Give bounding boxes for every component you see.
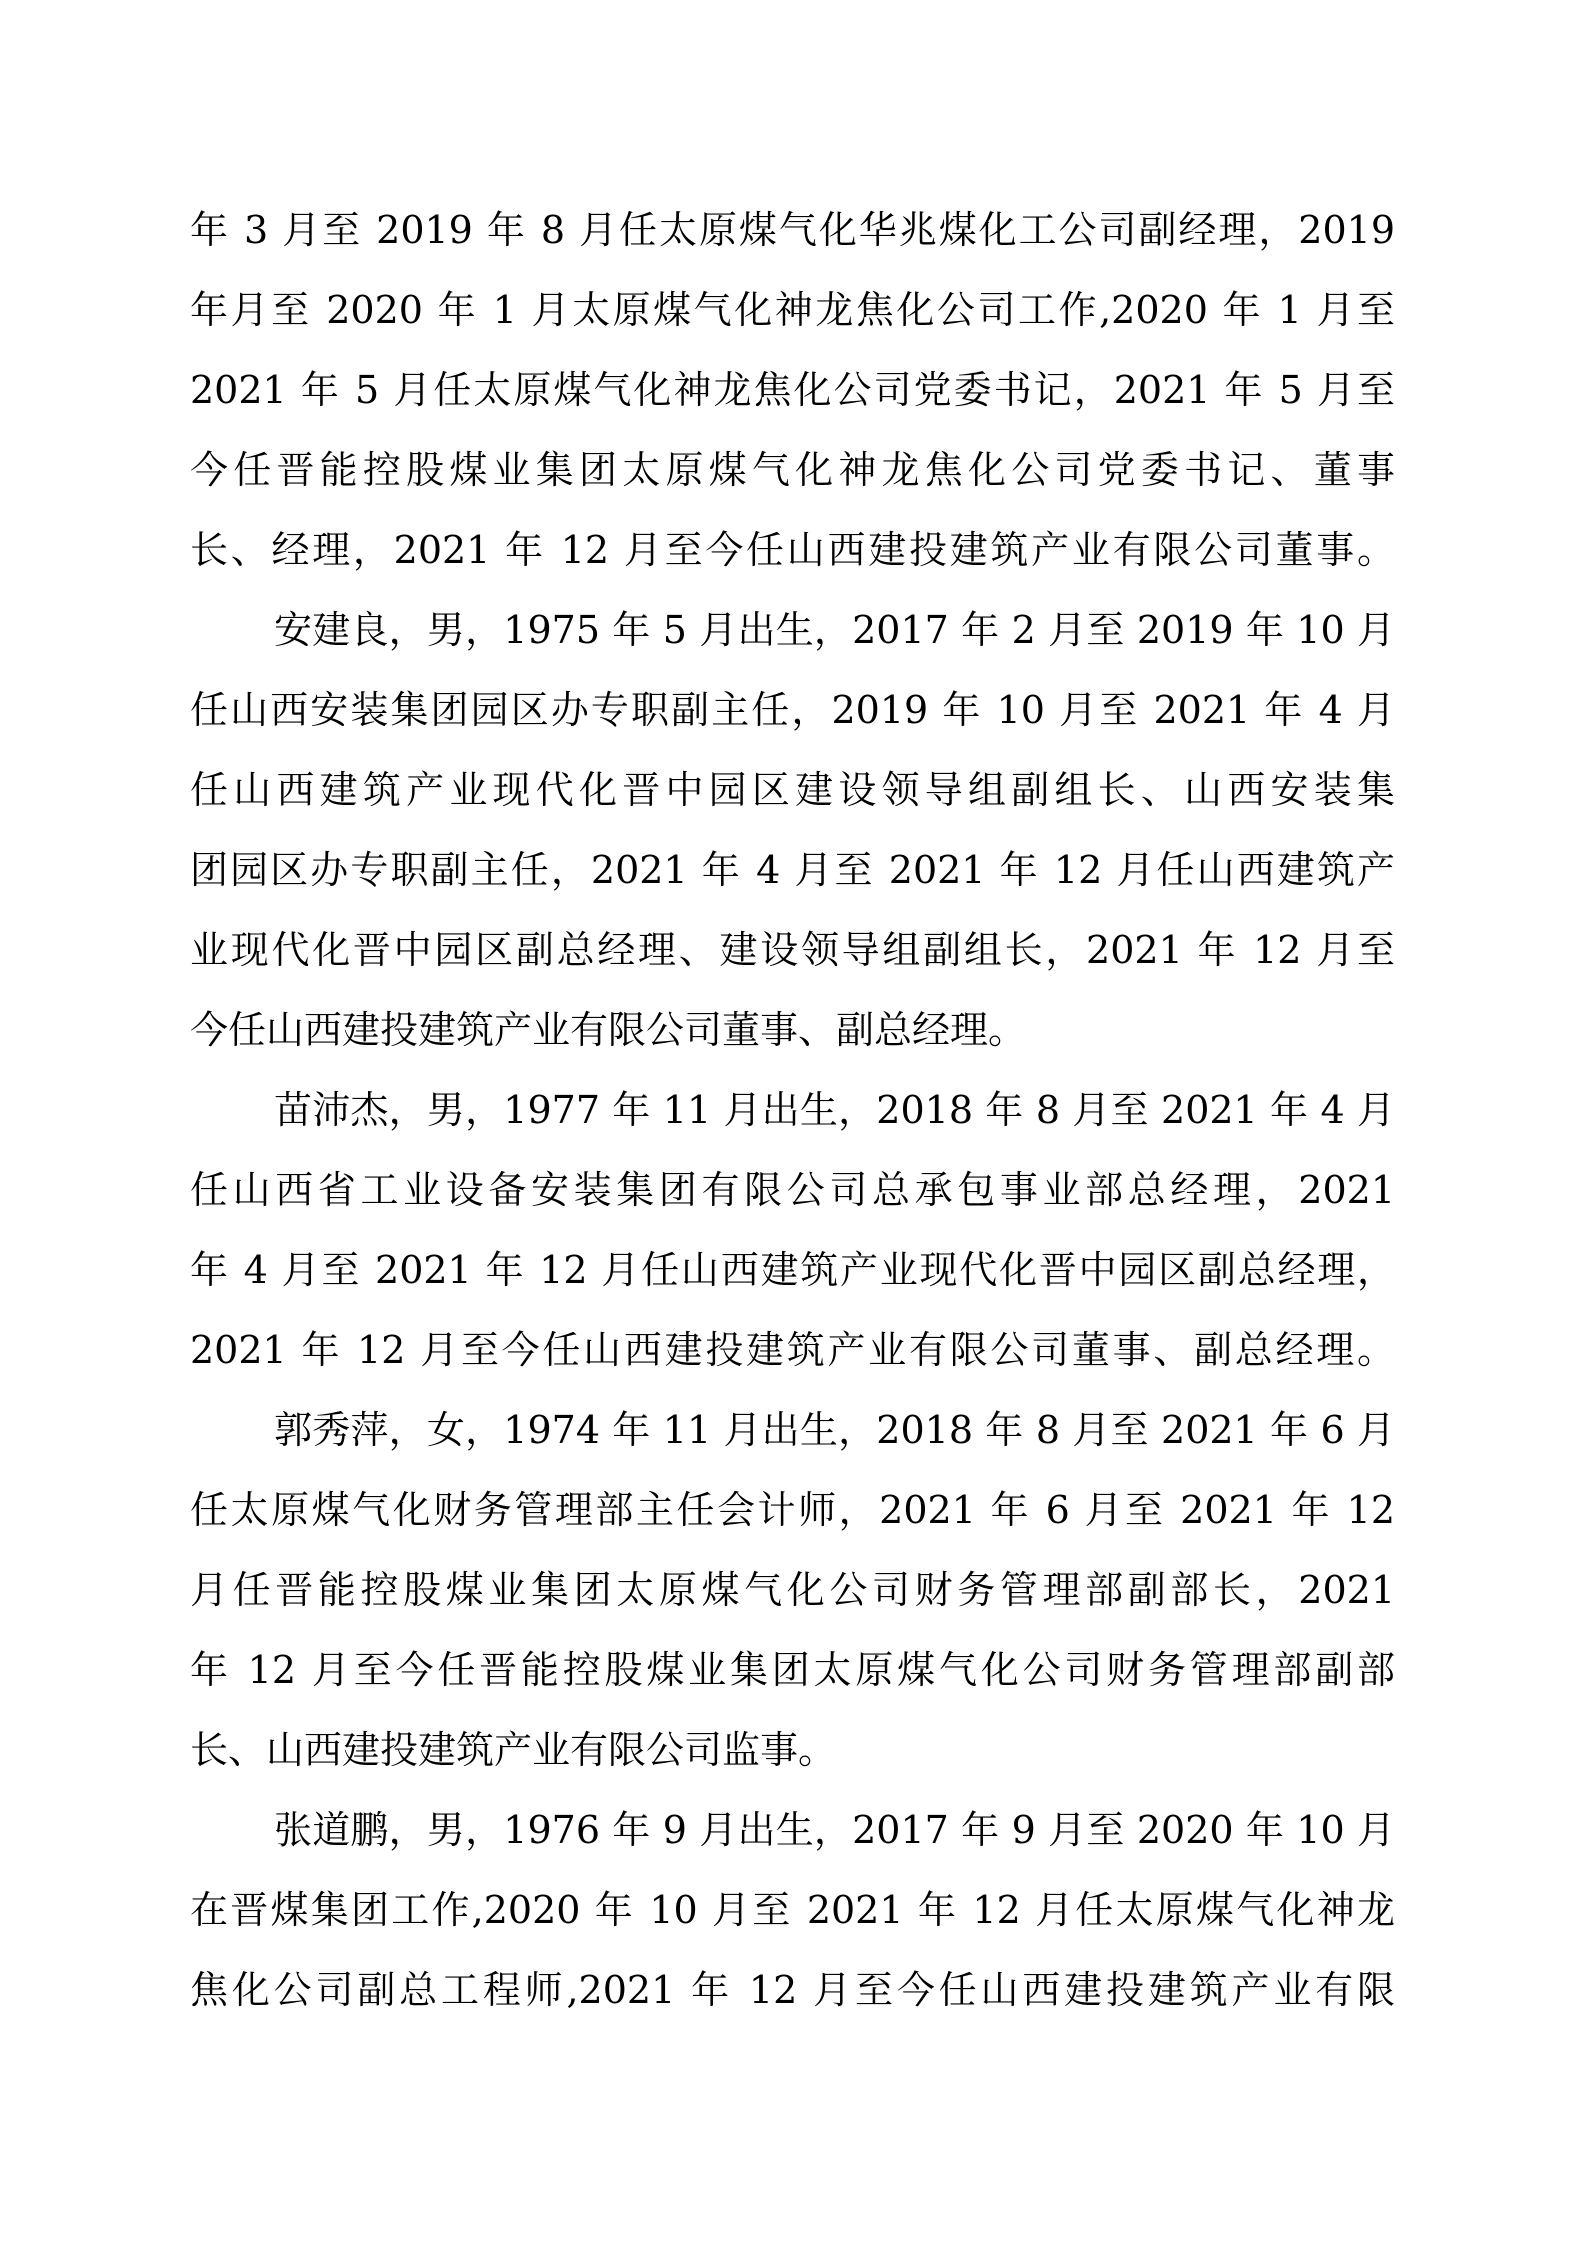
document-line: 月任晋能控股煤业集团太原煤气化公司财务管理部副部长，2021: [190, 1550, 1395, 1630]
document-line: 长、山西建投建筑产业有限公司监事。: [190, 1710, 1395, 1790]
document-line: 团园区办专职副主任，2021 年 4 月至 2021 年 12 月任山西建筑产: [190, 830, 1395, 910]
document-line: 任太原煤气化财务管理部主任会计师，2021 年 6 月至 2021 年 12: [190, 1470, 1395, 1550]
document-line: 在晋煤集团工作,2020 年 10 月至 2021 年 12 月任太原煤气化神龙: [190, 1870, 1395, 1950]
document-line: 年 12 月至今任晋能控股煤业集团太原煤气化公司财务管理部副部: [190, 1630, 1395, 1710]
document-line: 年 4 月至 2021 年 12 月任山西建筑产业现代化晋中园区副总经理，: [190, 1230, 1395, 1310]
document-line: 张道鹏，男，1976 年 9 月出生，2017 年 9 月至 2020 年 10…: [190, 1790, 1395, 1870]
document-line: 苗沛杰，男，1977 年 11 月出生，2018 年 8 月至 2021 年 4…: [190, 1070, 1395, 1150]
document-line: 任山西建筑产业现代化晋中园区建设领导组副组长、山西安装集: [190, 750, 1395, 830]
document-line: 安建良，男，1975 年 5 月出生，2017 年 2 月至 2019 年 10…: [190, 590, 1395, 670]
document-line: 郭秀萍，女，1974 年 11 月出生，2018 年 8 月至 2021 年 6…: [190, 1390, 1395, 1470]
document-page: 年 3 月至 2019 年 8 月任太原煤气化华兆煤化工公司副经理，2019 年…: [0, 0, 1587, 2245]
paragraph-1: 年 3 月至 2019 年 8 月任太原煤气化华兆煤化工公司副经理，2019 年…: [190, 190, 1395, 590]
paragraph-2: 安建良，男，1975 年 5 月出生，2017 年 2 月至 2019 年 10…: [190, 590, 1395, 1070]
document-line: 焦化公司副总工程师,2021 年 12 月至今任山西建投建筑产业有限: [190, 1950, 1395, 2030]
document-line: 业现代化晋中园区副总经理、建设领导组副组长，2021 年 12 月至: [190, 910, 1395, 990]
document-body: 年 3 月至 2019 年 8 月任太原煤气化华兆煤化工公司副经理，2019 年…: [190, 190, 1395, 2030]
paragraph-5: 张道鹏，男，1976 年 9 月出生，2017 年 9 月至 2020 年 10…: [190, 1790, 1395, 2030]
paragraph-4: 郭秀萍，女，1974 年 11 月出生，2018 年 8 月至 2021 年 6…: [190, 1390, 1395, 1790]
document-line: 今任山西建投建筑产业有限公司董事、副总经理。: [190, 990, 1395, 1070]
document-line: 2021 年 12 月至今任山西建投建筑产业有限公司董事、副总经理。: [190, 1310, 1395, 1390]
document-line: 年 3 月至 2019 年 8 月任太原煤气化华兆煤化工公司副经理，2019: [190, 190, 1395, 270]
document-line: 2021 年 5 月任太原煤气化神龙焦化公司党委书记，2021 年 5 月至: [190, 350, 1395, 430]
document-line: 任山西安装集团园区办专职副主任，2019 年 10 月至 2021 年 4 月: [190, 670, 1395, 750]
document-line: 年月至 2020 年 1 月太原煤气化神龙焦化公司工作,2020 年 1 月至: [190, 270, 1395, 350]
document-line: 今任晋能控股煤业集团太原煤气化神龙焦化公司党委书记、董事: [190, 430, 1395, 510]
document-line: 长、经理，2021 年 12 月至今任山西建投建筑产业有限公司董事。: [190, 510, 1395, 590]
paragraph-3: 苗沛杰，男，1977 年 11 月出生，2018 年 8 月至 2021 年 4…: [190, 1070, 1395, 1390]
document-line: 任山西省工业设备安装集团有限公司总承包事业部总经理，2021: [190, 1150, 1395, 1230]
